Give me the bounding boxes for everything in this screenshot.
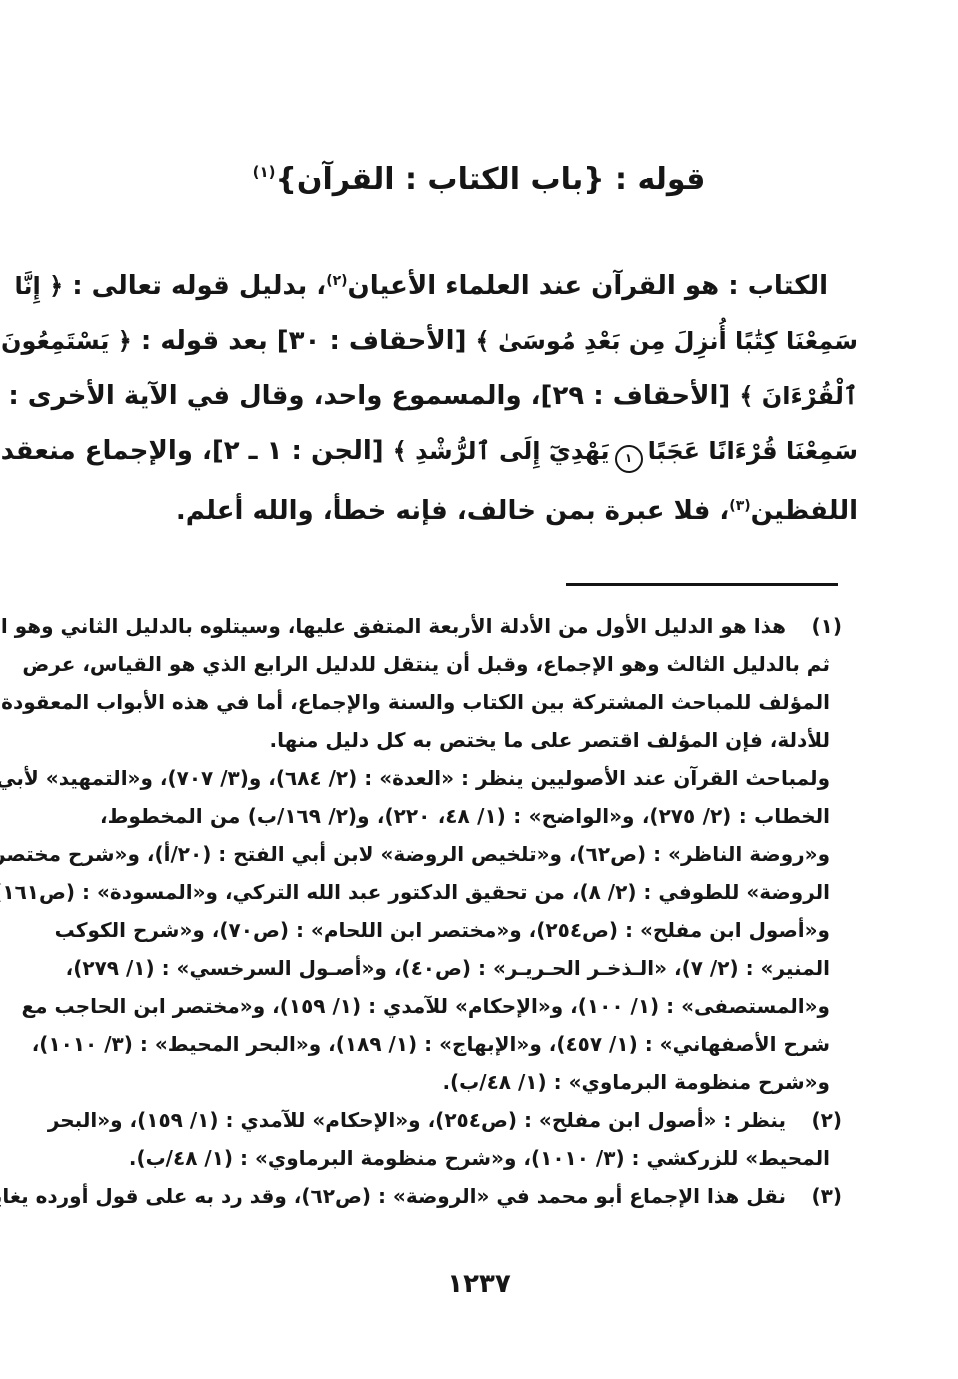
footnote-paragraph: هذا هو الدليل الأول من الأدلة الأربعة ال…: [100, 607, 830, 759]
footnote-line: و«المستصفى» : (١/ ١٠٠)، و«الإحكام» للآمد…: [100, 987, 830, 1025]
footnote-line: و«روضة الناظر» : (ص٦٢)، و«تلخيص الروضة» …: [100, 835, 830, 873]
chapter-title: قوله : {باب الكتاب : القرآن}(١): [100, 0, 858, 202]
text-segment: [الأحقاف : ٣٠] بعد قوله :: [132, 326, 476, 356]
quran-segment: سَمِعْنَا قُرْءَانًا عَجَبًا: [648, 437, 858, 465]
footnote-line: للأدلة، فإن المؤلف اقتصر على ما يختص به …: [100, 721, 830, 759]
footnote-paragraph: ينظر : «أصول ابن مفلح» : (ص٢٥٤)، و«الإحك…: [100, 1101, 830, 1177]
text-segment: [الأحقاف : ٢٩]، والمسموع واحد، وقال في ا…: [0, 381, 739, 411]
quran-segment: ٱلْقُرْءَانَ ﴾: [739, 382, 858, 410]
book-page: قوله : {باب الكتاب : القرآن}(١) الكتاب :…: [0, 0, 958, 1379]
text-segment: ، فلا عبرة بمن خالف، فإنه خطأ، والله أعل…: [176, 496, 729, 526]
quran-segment: سَمِعْنَا كِتَٰبًا أُنزِلَ مِن بَعْدِ مُ…: [476, 327, 858, 355]
text-segment: ، بدليل قوله تعالى :: [63, 271, 326, 301]
footnotes-section: (١)هذا هو الدليل الأول من الأدلة الأربعة…: [100, 607, 858, 1215]
quran-segment: يَهْدِيٓ إِلَى ٱلرُّشْدِ ﴾: [393, 437, 610, 465]
footnote-paragraph: نقل هذا الإجماع أبو محمد في «الروضة» : (…: [100, 1177, 830, 1215]
page-number: ١٢٣٧: [100, 1269, 858, 1299]
footnote-line: المؤلف للمباحث المشتركة بين الكتاب والسن…: [100, 683, 830, 721]
footnote-item: (٣)نقل هذا الإجماع أبو محمد في «الروضة» …: [100, 1177, 858, 1215]
footnote-number: (١): [812, 607, 843, 645]
footnote-item: (٢)ينظر : «أصول ابن مفلح» : (ص٢٥٤)، و«ال…: [100, 1101, 858, 1177]
footnote-body: هذا هو الدليل الأول من الأدلة الأربعة ال…: [100, 607, 830, 1101]
text-segment: [الجن : ١ ـ ٢]، والإجماع منعقد على اتحاد: [0, 436, 393, 466]
footnote-line: نقل هذا الإجماع أبو محمد في «الروضة» : (…: [100, 1177, 830, 1215]
footnote-paragraph: ولمباحث القرآن عند الأصوليين ينظر : «الع…: [100, 759, 830, 1101]
footnote-body: ينظر : «أصول ابن مفلح» : (ص٢٥٤)، و«الإحك…: [100, 1101, 830, 1177]
footnote-item: (١)هذا هو الدليل الأول من الأدلة الأربعة…: [100, 607, 858, 1101]
footnote-number: (٢): [812, 1101, 843, 1139]
footnote-divider: [566, 583, 838, 586]
ayah-marker: ١: [615, 445, 643, 473]
footnote-line: الخطاب : (٢/ ٢٧٥)، و«الواضح» : (١/ ٤٨، ٢…: [100, 797, 830, 835]
footnote-line: ينظر : «أصول ابن مفلح» : (ص٢٥٤)، و«الإحك…: [100, 1101, 830, 1139]
quran-segment: ﴿ إِنَّا: [14, 272, 63, 300]
main-text-line: اللفظين(٣)، فلا عبرة بمن خالف، فإنه خطأ،…: [100, 479, 858, 539]
footnote-line: شرح الأصفهاني» : (١/ ٤٥٧)، و«الإبهاج» : …: [100, 1025, 830, 1063]
footnote-line: ولمباحث القرآن عند الأصوليين ينظر : «الع…: [100, 759, 830, 797]
main-text-line: سَمِعْنَا كِتَٰبًا أُنزِلَ مِن بَعْدِ مُ…: [100, 314, 858, 369]
main-text-line: الكتاب : هو القرآن عند العلماء الأعيان(٢…: [100, 254, 858, 314]
footnote-line: هذا هو الدليل الأول من الأدلة الأربعة ال…: [100, 607, 830, 645]
footnote-ref: (٣): [729, 498, 750, 514]
quran-segment: ﴿ يَسْتَمِعُونَ: [1, 327, 132, 355]
main-text: الكتاب : هو القرآن عند العلماء الأعيان(٢…: [100, 254, 858, 539]
text-segment: اللفظين: [751, 496, 858, 526]
footnote-number: (٣): [812, 1177, 843, 1215]
footnote-body: نقل هذا الإجماع أبو محمد في «الروضة» : (…: [100, 1177, 830, 1215]
footnote-line: المنير» : (٢/ ٧)، «الـذخـر الحـريـر» : (…: [100, 949, 830, 987]
text-segment: الكتاب : هو القرآن عند العلماء الأعيان: [348, 271, 828, 301]
text-segment: قوله : {باب الكتاب : القرآن}: [276, 162, 706, 197]
main-text-line: سَمِعْنَا قُرْءَانًا عَجَبًا١يَهْدِيٓ إِ…: [100, 424, 858, 479]
footnote-ref: (١): [253, 163, 276, 181]
footnote-line: و«شرح منظومة البرماوي» : (١/ ٤٨/ب).: [100, 1063, 830, 1101]
footnote-ref: (٢): [326, 273, 347, 289]
footnote-line: ثم بالدليل الثالث وهو الإجماع، وقبل أن ي…: [100, 645, 830, 683]
footnote-line: المحيط» للزركشي : (٣/ ١٠١٠)، و«شرح منظوم…: [100, 1139, 830, 1177]
main-text-line: ٱلْقُرْءَانَ ﴾ [الأحقاف : ٢٩]، والمسموع …: [100, 369, 858, 424]
footnote-line: و«أصول ابن مفلح» : (ص٢٥٤)، و«مختصر ابن ا…: [100, 911, 830, 949]
footnote-line: الروضة» للطوفي : (٢/ ٨)، من تحقيق الدكتو…: [100, 873, 830, 911]
